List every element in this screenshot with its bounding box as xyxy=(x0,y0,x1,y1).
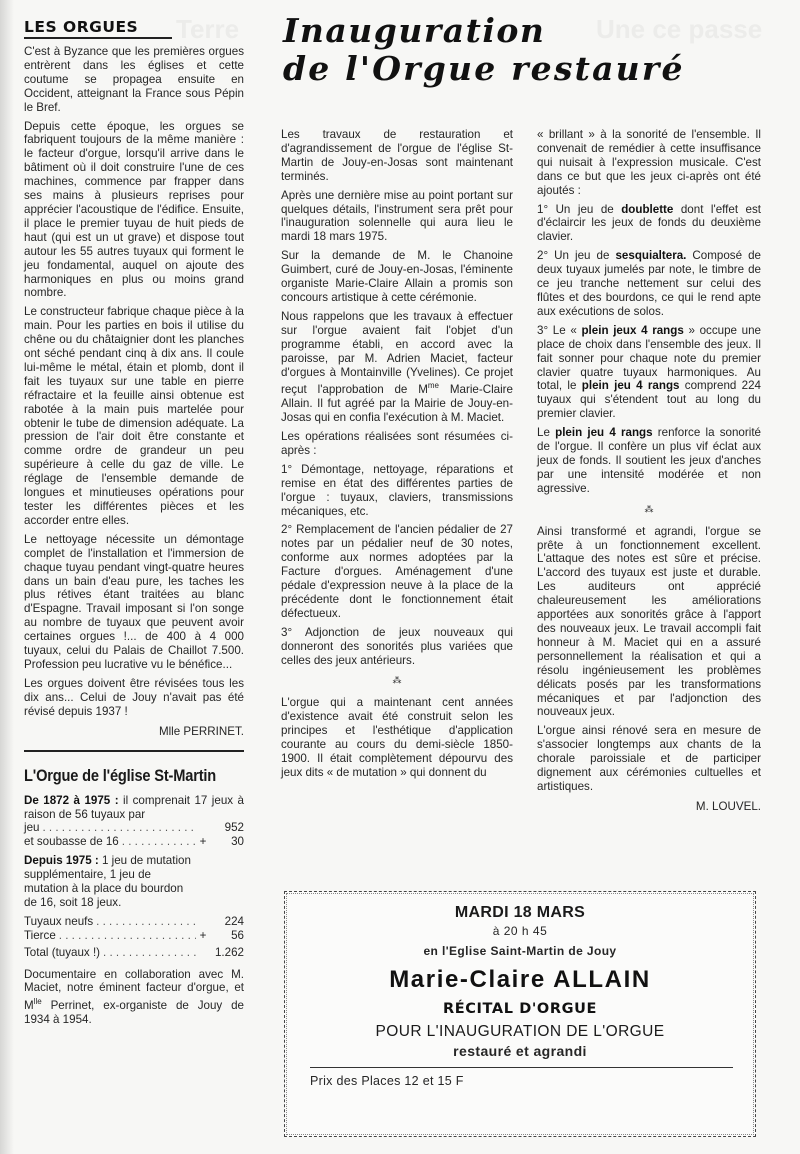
article-paragraph: L'orgue ainsi rénové sera en mesure de s… xyxy=(537,724,761,794)
added-stop-item: 3° Le « plein jeux 4 rangs » occupe une … xyxy=(537,324,761,421)
article-title: Inauguration de l'Orgue restauré xyxy=(283,12,783,88)
sidebar-paragraph: Depuis cette époque, les orgues se fabri… xyxy=(24,120,244,301)
article-column-1: Les travaux de restauration et d'agrandi… xyxy=(281,128,513,785)
sidebar-paragraph: Le nettoyage nécessite un démontage comp… xyxy=(24,533,244,672)
article-column-2: « brillant » à la sonorité de l'ensemble… xyxy=(537,128,761,813)
page-edge-shadow xyxy=(0,0,14,1154)
article-paragraph: Ainsi transformé et agrandi, l'orgue se … xyxy=(537,525,761,720)
pipe-count-row: et soubasse de 16+30 xyxy=(24,835,244,849)
event-type: RÉCITAL D'ORGUE xyxy=(285,1001,755,1017)
sidebar-signature: Mlle PERRINET. xyxy=(24,725,244,738)
added-stop-item: 2° Un jeu de sesquialtera. Composé de de… xyxy=(537,249,761,319)
event-purpose: POUR L'INAUGURATION DE L'ORGUE xyxy=(285,1023,755,1041)
article-signature: M. LOUVEL. xyxy=(537,800,761,813)
stmartin-section: L'Orgue de l'église St-Martin De 1872 à … xyxy=(24,766,244,1027)
asterism-separator: ⁂ xyxy=(537,506,761,513)
article-paragraph: Les travaux de restauration et d'agrandi… xyxy=(281,128,513,184)
asterism-separator: ⁂ xyxy=(281,677,513,684)
article-paragraph: « brillant » à la sonorité de l'ensemble… xyxy=(537,128,761,198)
pipe-count-row: jeu952 xyxy=(24,821,244,835)
performer-name: Marie-Claire ALLAIN xyxy=(285,966,755,994)
sidebar-paragraph: Les orgues doivent être révisées tous le… xyxy=(24,677,244,719)
section-divider xyxy=(24,750,244,752)
operation-item: 2° Remplacement de l'ancien pédalier de … xyxy=(281,523,513,620)
article-paragraph: Nous rappelons que les travaux à effectu… xyxy=(281,310,513,425)
period-2-label: Depuis 1975 : xyxy=(24,854,99,867)
period-1-label: De 1872 à 1975 : xyxy=(24,794,119,807)
period-2-intro: Depuis 1975 : 1 jeu de mutation suppléme… xyxy=(24,854,194,910)
newsletter-page: Terre Une ce passe LES ORGUES C'est à By… xyxy=(0,0,800,1154)
article-paragraph: Sur la demande de M. le Chanoine Guimber… xyxy=(281,249,513,305)
article-paragraph: Le plein jeu 4 rangs renforce la sonorit… xyxy=(537,426,761,496)
stmartin-heading: L'Orgue de l'église St-Martin xyxy=(24,766,213,786)
article-paragraph: Après une dernière mise au point portant… xyxy=(281,189,513,245)
ticket-price: Prix des Places 12 et 15 F xyxy=(310,1074,755,1088)
operation-item: 3° Adjonction de jeux nouveaux qui donne… xyxy=(281,626,513,668)
event-purpose-sub: restauré et agrandi xyxy=(285,1043,755,1059)
credit-paragraph: Documentaire en collaboration avec M. Ma… xyxy=(24,968,244,1027)
pipe-total-row: Total (tuyaux !)1.262 xyxy=(24,946,244,960)
announcement-divider xyxy=(310,1067,733,1068)
pipe-count-row: Tierce+56 xyxy=(24,929,244,943)
concert-announcement: MARDI 18 MARS à 20 h 45 en l'Eglise Sain… xyxy=(284,891,756,1137)
operation-item: 1° Démontage, nettoyage, réparations et … xyxy=(281,463,513,519)
article-paragraph: Les opérations réalisées sont résumées c… xyxy=(281,430,513,458)
article-paragraph: L'orgue qui a maintenant cent années d'e… xyxy=(281,696,513,779)
leader-dots xyxy=(119,835,196,849)
leader-dots xyxy=(100,946,196,960)
period-1-intro: De 1872 à 1975 : il comprenait 17 jeux à… xyxy=(24,794,244,822)
pipe-count-row: Tuyaux neufs224 xyxy=(24,915,244,929)
concert-time: à 20 h 45 xyxy=(285,924,755,938)
les-orgues-heading: LES ORGUES xyxy=(24,18,172,39)
sidebar-paragraph: Le constructeur fabrique chaque pièce à … xyxy=(24,305,244,528)
sidebar-column: LES ORGUES C'est à Byzance que les premi… xyxy=(24,18,244,1032)
leader-dots xyxy=(39,821,196,835)
sidebar-paragraph: C'est à Byzance que les premières orgues… xyxy=(24,45,244,115)
concert-date: MARDI 18 MARS xyxy=(285,904,755,922)
leader-dots xyxy=(93,915,196,929)
leader-dots xyxy=(56,929,196,943)
concert-venue: en l'Eglise Saint-Martin de Jouy xyxy=(285,944,755,958)
added-stop-item: 1° Un jeu de doublette dont l'effet est … xyxy=(537,203,761,245)
